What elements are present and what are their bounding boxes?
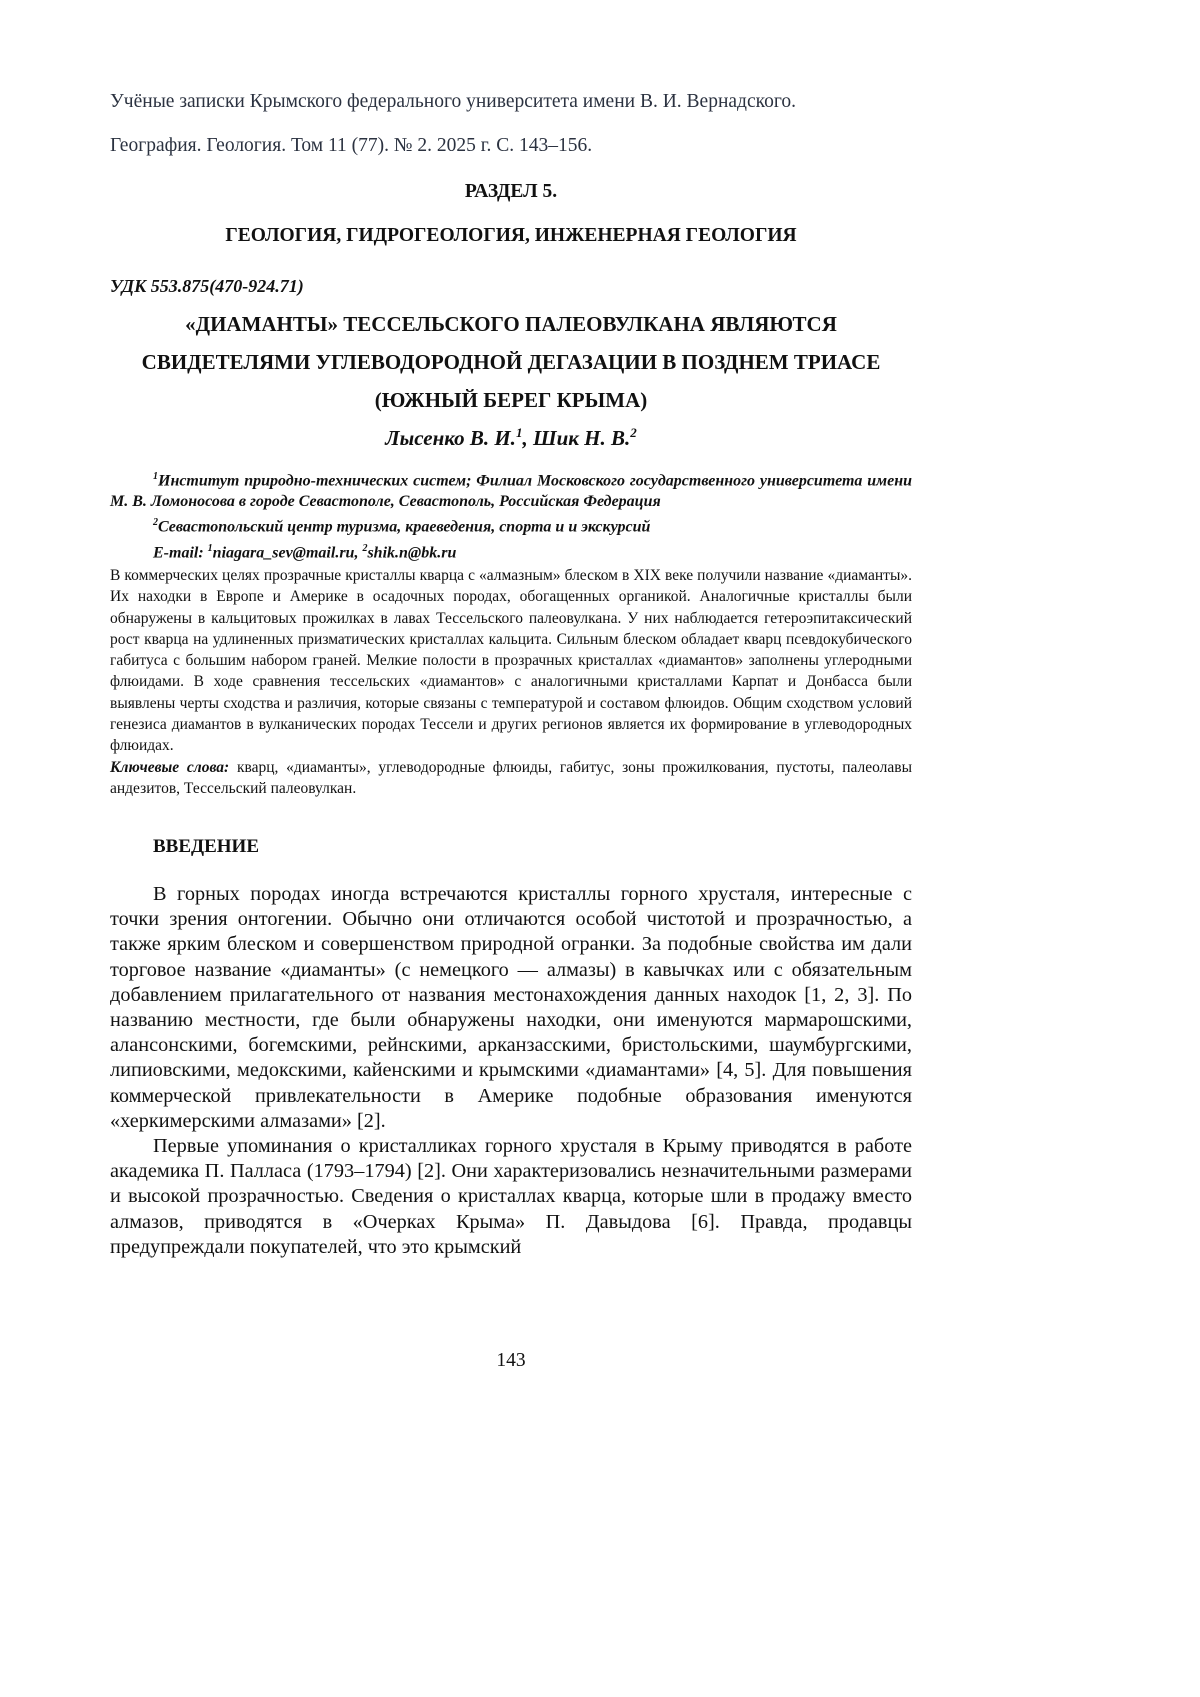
keywords-text: кварц, «диаманты», углеводородные флюиды…: [110, 759, 912, 797]
introduction-heading: ВВЕДЕНИЕ: [153, 836, 259, 858]
page-number: 143: [110, 1350, 912, 1372]
journal-name: Учёные записки Крымского федерального ун…: [110, 80, 796, 124]
document-page: Учёные записки Крымского федерального ун…: [0, 0, 1200, 1697]
author-name: Лысенко В. И.: [385, 426, 516, 450]
affiliations: 1Институт природно-технических систем; Ф…: [110, 466, 912, 563]
abstract: В коммерческих целях прозрачные кристалл…: [110, 565, 912, 799]
running-head: Учёные записки Крымского федерального ун…: [110, 80, 796, 168]
keywords-label: Ключевые слова:: [110, 759, 229, 776]
udk-code: УДК 553.875(470-924.71): [110, 276, 304, 297]
affiliation-text: Институт природно-технических систем; Фи…: [110, 472, 912, 510]
section-name: ГЕОЛОГИЯ, ГИДРОГЕОЛОГИЯ, ИНЖЕНЕРНАЯ ГЕОЛ…: [110, 214, 912, 258]
paragraph: В горных породах иногда встречаются крис…: [110, 882, 912, 1134]
title-line: СВИДЕТЕЛЯМИ УГЛЕВОДОРОДНОЙ ДЕГАЗАЦИИ В П…: [110, 343, 912, 381]
email-label: E-mail:: [153, 544, 208, 561]
affiliation-text: Севастопольский центр туризма, краеведен…: [158, 519, 650, 536]
affiliation-2: 2Севастопольский центр туризма, краеведе…: [110, 512, 912, 537]
paragraph: Первые упоминания о кристалликах горного…: [110, 1134, 912, 1260]
article-title: «ДИАМАНТЫ» ТЕССЕЛЬСКОГО ПАЛЕОВУЛКАНА ЯВЛ…: [110, 305, 912, 419]
title-line: (ЮЖНЫЙ БЕРЕГ КРЫМА): [110, 381, 912, 419]
author-name: Шик Н. В.: [533, 426, 630, 450]
author-affiliation-mark: 2: [630, 425, 637, 440]
email-line: E-mail: 1niagara_sev@mail.ru, 2shik.n@bk…: [110, 538, 912, 563]
section-heading: РАЗДЕЛ 5. ГЕОЛОГИЯ, ГИДРОГЕОЛОГИЯ, ИНЖЕН…: [110, 170, 912, 258]
abstract-text: В коммерческих целях прозрачные кристалл…: [110, 565, 912, 757]
email-link[interactable]: shik.n@bk.ru: [367, 544, 456, 561]
journal-issue: География. Геология. Том 11 (77). № 2. 2…: [110, 124, 796, 168]
title-line: «ДИАМАНТЫ» ТЕССЕЛЬСКОГО ПАЛЕОВУЛКАНА ЯВЛ…: [110, 305, 912, 343]
author-separator: ,: [522, 426, 533, 450]
affiliation-1: 1Институт природно-технических систем; Ф…: [110, 466, 912, 512]
authors: Лысенко В. И.1, Шик Н. В.2: [110, 425, 912, 451]
email-link[interactable]: niagara_sev@mail.ru: [213, 544, 355, 561]
introduction-body: В горных породах иногда встречаются крис…: [110, 882, 912, 1260]
section-number: РАЗДЕЛ 5.: [110, 170, 912, 214]
keywords: Ключевые слова: кварц, «диаманты», углев…: [110, 757, 912, 800]
